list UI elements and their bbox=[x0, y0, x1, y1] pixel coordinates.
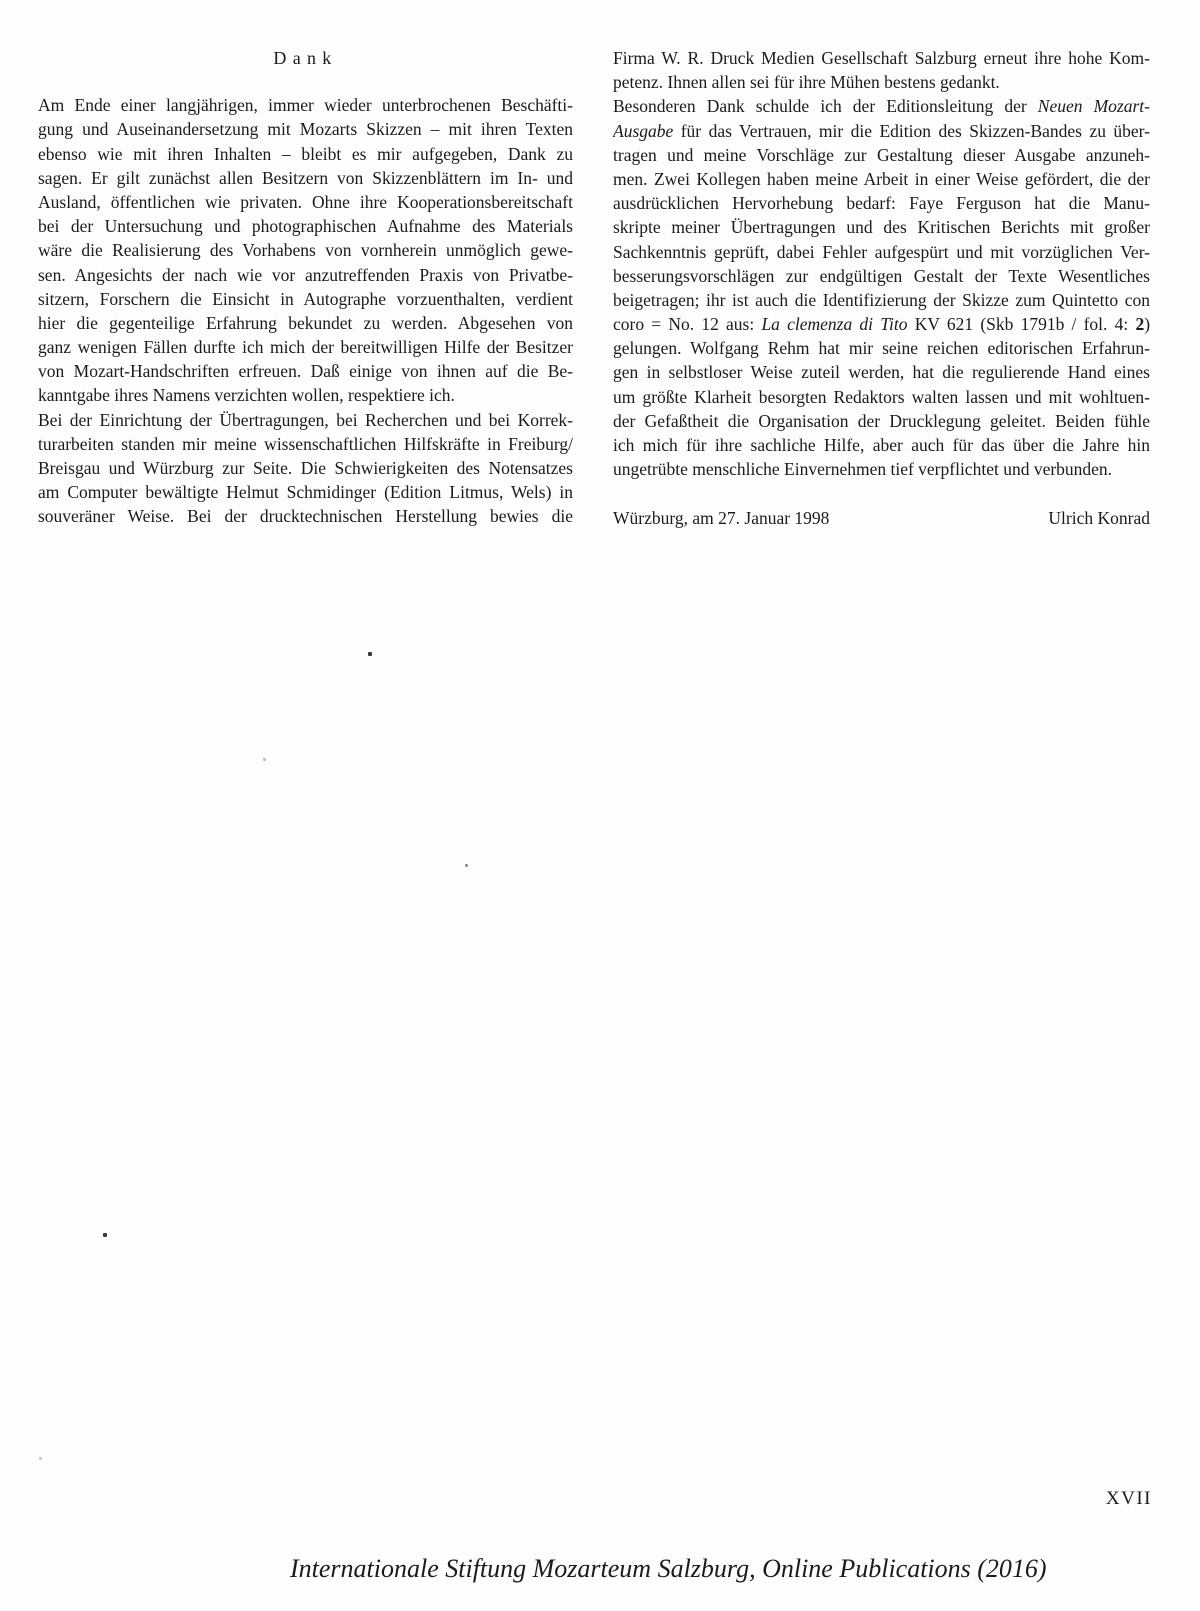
scan-speck bbox=[39, 1457, 42, 1460]
text-line: ich mich für ihre sachliche Hilfe, aber … bbox=[613, 433, 1150, 457]
text-line: sagen. Er gilt zunächst allen Besitzern … bbox=[38, 166, 573, 190]
left-column: Dank Am Ende einer langjährigen, immer w… bbox=[38, 46, 573, 529]
text-line: besserungsvorschlägen zur endgültigen Ge… bbox=[613, 264, 1150, 288]
text-run-bold: 2 bbox=[1135, 314, 1144, 334]
text-line: hier die gegenteilige Erfahrung bekundet… bbox=[38, 311, 573, 335]
text-line: gung und Auseinandersetzung mit Mozarts … bbox=[38, 117, 573, 141]
text-line: ungetrübte menschliche Einvernehmen tief… bbox=[613, 457, 1150, 481]
text-line: Breisgau und Würzburg zur Seite. Die Sch… bbox=[38, 456, 573, 480]
text-line: ausdrücklichen Hervorhebung bedarf: Faye… bbox=[613, 191, 1150, 215]
text-line: Ausland, öffentlichen wie privaten. Ohne… bbox=[38, 190, 573, 214]
text-line: kanntgabe ihres Namens verzichten wollen… bbox=[38, 383, 573, 407]
scan-speck bbox=[368, 652, 372, 656]
text-line: souveräner Weise. Bei der drucktechnisch… bbox=[38, 504, 573, 528]
scan-speck bbox=[263, 758, 266, 761]
text-line: ganz wenigen Fällen durfte ich mich der … bbox=[38, 335, 573, 359]
left-column-lines: Am Ende einer langjährigen, immer wieder… bbox=[38, 93, 573, 528]
text-line: sen. Angesichts der nach wie vor anzutre… bbox=[38, 263, 573, 287]
text-run: ) bbox=[1144, 314, 1150, 334]
signature-row: Würzburg, am 27. Januar 1998 Ulrich Konr… bbox=[613, 506, 1150, 530]
text-run: für das Vertrauen, mir die Edition des S… bbox=[673, 121, 1150, 141]
text-line: Besonderen Dank schulde ich der Editions… bbox=[613, 94, 1150, 118]
text-line: turarbeiten standen mir meine wissenscha… bbox=[38, 432, 573, 456]
text-line: tragen und meine Vorschläge zur Gestaltu… bbox=[613, 143, 1150, 167]
scan-speck bbox=[465, 864, 468, 867]
page: Dank Am Ende einer langjährigen, immer w… bbox=[0, 0, 1200, 1611]
text-line: Sachkenntnis geprüft, dabei Fehler aufge… bbox=[613, 240, 1150, 264]
text-line: bei der Untersuchung und photographische… bbox=[38, 214, 573, 238]
text-line: gelungen. Wolfgang Rehm hat mir seine re… bbox=[613, 336, 1150, 360]
right-column-lines: Firma W. R. Druck Medien Gesellschaft Sa… bbox=[613, 46, 1150, 481]
text-line: gen in selbstloser Weise zuteil werden, … bbox=[613, 360, 1150, 384]
text-run: Besonderen Dank schulde ich der Editions… bbox=[613, 96, 1038, 116]
text-line: men. Zwei Kollegen haben meine Arbeit in… bbox=[613, 167, 1150, 191]
text-line: Bei der Einrichtung der Übertragungen, b… bbox=[38, 408, 573, 432]
text-line: sitzern, Forschern die Einsicht in Autog… bbox=[38, 287, 573, 311]
text-line: von Mozart-Handschriften erfreuen. Daß e… bbox=[38, 359, 573, 383]
text-line: beigetragen; ihr ist auch die Identifizi… bbox=[613, 288, 1150, 312]
text-line: coro = No. 12 aus: La clemenza di Tito K… bbox=[613, 312, 1150, 336]
text-line: um größte Klarheit besorgten Redaktors w… bbox=[613, 385, 1150, 409]
text-run: KV 621 (Skb 1791b / fol. 4: bbox=[908, 314, 1136, 334]
dank-heading: Dank bbox=[38, 46, 573, 70]
text-line: Am Ende einer langjährigen, immer wieder… bbox=[38, 93, 573, 117]
text-line: petenz. Ihnen allen sei für ihre Mühen b… bbox=[613, 70, 1150, 94]
text-line: Ausgabe für das Vertrauen, mir die Editi… bbox=[613, 119, 1150, 143]
text-run-italic: La clemenza di Tito bbox=[761, 314, 907, 334]
text-line: wäre die Realisierung des Vorhabens von … bbox=[38, 238, 573, 262]
text-run-italic: Ausgabe bbox=[613, 121, 673, 141]
text-line: skripte meiner Übertragungen und des Kri… bbox=[613, 215, 1150, 239]
text-run: coro = No. 12 aus: bbox=[613, 314, 761, 334]
signature-name: Ulrich Konrad bbox=[1048, 506, 1150, 530]
footer-credit: Internationale Stiftung Mozarteum Salzbu… bbox=[290, 1554, 1047, 1584]
text-run-italic: Neuen Mozart- bbox=[1038, 96, 1150, 116]
page-number: XVII bbox=[1106, 1488, 1152, 1510]
scan-speck bbox=[103, 1233, 107, 1237]
text-line: am Computer bewältigte Helmut Schmidinge… bbox=[38, 480, 573, 504]
text-line: ebenso wie mit ihren Inhalten – bleibt e… bbox=[38, 142, 573, 166]
text-line: Firma W. R. Druck Medien Gesellschaft Sa… bbox=[613, 46, 1150, 70]
text-line: der Gefaßtheit die Organisation der Druc… bbox=[613, 409, 1150, 433]
right-column: Firma W. R. Druck Medien Gesellschaft Sa… bbox=[613, 46, 1150, 530]
signature-place-date: Würzburg, am 27. Januar 1998 bbox=[613, 506, 829, 530]
